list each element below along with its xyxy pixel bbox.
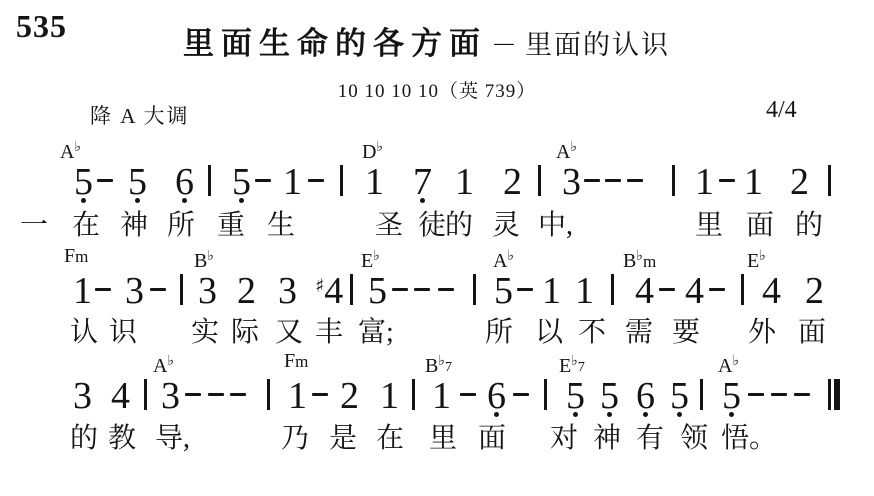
- duration-dash: [517, 288, 533, 291]
- barline: [412, 379, 415, 410]
- note: 2: [340, 377, 359, 415]
- lyric-char: 圣: [375, 210, 403, 242]
- note: 5: [722, 377, 741, 415]
- lyric-char: 生: [267, 210, 295, 242]
- note: 1: [380, 377, 399, 415]
- flat-icon: ♭: [207, 248, 214, 264]
- hymn-number: 535: [16, 8, 67, 45]
- note: 3: [161, 377, 180, 415]
- lyric-char: 所: [167, 210, 195, 242]
- flat-icon: ♭: [571, 353, 578, 369]
- note: 2: [503, 163, 522, 201]
- duration-dash: [308, 179, 324, 182]
- note: 5: [232, 163, 251, 201]
- lyric-char: 认: [70, 317, 98, 349]
- note: 1: [455, 163, 474, 201]
- note: 1: [575, 272, 594, 310]
- barline: [700, 379, 703, 410]
- duration-dash: [794, 393, 810, 396]
- lyric-char: 一: [20, 210, 48, 242]
- duration-dash: [659, 288, 675, 291]
- note: 5: [128, 163, 147, 201]
- lyric-char: 所: [485, 317, 513, 349]
- duration-dash: [97, 179, 113, 182]
- duration-dash: [605, 179, 621, 182]
- lyric-char: 以: [535, 317, 563, 349]
- lyric-char: 不: [578, 317, 606, 349]
- note: 4: [111, 377, 130, 415]
- note: 1: [73, 272, 92, 310]
- lyric-char: 的: [70, 423, 98, 455]
- note: 2: [237, 272, 256, 310]
- note: 5: [600, 377, 619, 415]
- chord-symbol: Fm: [64, 246, 88, 267]
- flat-icon: ♭: [636, 248, 643, 264]
- lyric-char: 教: [108, 423, 136, 455]
- lyric-char: 要: [672, 317, 700, 349]
- note: 3: [278, 272, 297, 310]
- flat-icon: ♭: [74, 139, 81, 155]
- chord-symbol: A♭: [556, 137, 577, 162]
- lyric-char: 对: [550, 423, 578, 455]
- barline: [828, 165, 831, 196]
- flat-icon: ♭: [373, 248, 380, 264]
- note: 5: [74, 163, 93, 201]
- note: 1: [365, 163, 384, 201]
- note: 6: [175, 163, 194, 201]
- lyric-char: 面: [746, 210, 774, 242]
- barline: [741, 274, 744, 305]
- lyric-char: 是: [329, 423, 357, 455]
- duration-dash: [414, 288, 430, 291]
- note: 6: [636, 377, 655, 415]
- note: 1: [695, 163, 714, 201]
- title-separator: －: [491, 31, 517, 60]
- note: 5: [670, 377, 689, 415]
- duration-dash: [584, 179, 600, 182]
- note: 1: [288, 377, 307, 415]
- duration-dash: [230, 393, 246, 396]
- chord-symbol: A♭: [493, 246, 514, 271]
- barline: [672, 165, 675, 196]
- note: 3: [562, 163, 581, 201]
- chord-symbol: E♭: [747, 246, 766, 271]
- lyric-char: 的: [445, 210, 473, 242]
- key-name: 降 A 大调: [90, 100, 190, 130]
- note: 3: [125, 272, 144, 310]
- note: 5: [566, 377, 585, 415]
- duration-dash: [312, 393, 328, 396]
- note: 7: [413, 163, 432, 201]
- duration-dash: [438, 288, 454, 291]
- sharp-icon: ♯: [315, 275, 324, 297]
- note: ♯4: [315, 272, 343, 310]
- lyric-char: 丰: [315, 317, 343, 349]
- lyric-char: 在: [72, 210, 100, 242]
- lyric-char: 神: [593, 423, 621, 455]
- note: 3: [198, 272, 217, 310]
- chord-symbol: B♭7: [425, 351, 452, 378]
- duration-dash: [255, 179, 271, 182]
- flat-icon: ♭: [570, 139, 577, 155]
- note: 6: [487, 377, 506, 415]
- hymn-subtitle: 里面的认识: [525, 30, 670, 60]
- hymn-title: 里面生命的各方面: [183, 26, 487, 61]
- hymn-sheet: 535 里面生命的各方面 － 里面的认识 10 10 10 10（英 739） …: [0, 0, 874, 496]
- barline: [350, 274, 353, 305]
- duration-dash: [513, 393, 529, 396]
- barline: [208, 165, 211, 196]
- lyric-char: 乃: [281, 423, 309, 455]
- lyric-char: 外: [748, 317, 776, 349]
- barline: [340, 165, 343, 196]
- lyric-char: 富;: [358, 317, 394, 349]
- barline: [267, 379, 270, 410]
- flat-icon: ♭: [759, 248, 766, 264]
- barline: [144, 379, 147, 410]
- note: 4: [635, 272, 654, 310]
- lyric-char: 中,: [538, 210, 573, 242]
- chord-symbol: B♭m: [623, 246, 656, 272]
- note: 4: [762, 272, 781, 310]
- duration-dash: [460, 393, 476, 396]
- note: 2: [805, 272, 824, 310]
- duration-dash: [709, 288, 725, 291]
- note: 1: [283, 163, 302, 201]
- lyric-char: 里: [429, 423, 457, 455]
- chord-symbol: E♭7: [559, 351, 585, 378]
- lyric-char: 灵: [492, 210, 520, 242]
- barline: [473, 274, 476, 305]
- note: 1: [542, 272, 561, 310]
- meter-line: 10 10 10 10（英 739）: [338, 76, 537, 103]
- lyric-char: 神: [120, 210, 148, 242]
- note: 5: [368, 272, 387, 310]
- duration-dash: [627, 179, 643, 182]
- duration-dash: [748, 393, 764, 396]
- duration-dash: [150, 288, 166, 291]
- flat-icon: ♭: [376, 139, 383, 155]
- lyric-char: 实: [191, 317, 219, 349]
- lyric-char: 在: [376, 423, 404, 455]
- lyric-char: 面: [798, 317, 826, 349]
- lyric-char: 的: [795, 210, 823, 242]
- lyric-char: 徒: [418, 210, 446, 242]
- lyric-char: 需: [625, 317, 653, 349]
- duration-dash: [208, 393, 224, 396]
- lyric-char: 面: [478, 423, 506, 455]
- flat-icon: ♭: [438, 353, 445, 369]
- lyric-char: 识: [109, 317, 137, 349]
- chord-symbol: Fm: [284, 351, 308, 372]
- barline: [180, 274, 183, 305]
- chord-symbol: A♭: [60, 137, 81, 162]
- chord-symbol: E♭: [361, 246, 380, 271]
- duration-dash: [392, 288, 408, 291]
- time-signature: 4/4: [766, 97, 797, 124]
- lyric-char: 又: [275, 317, 303, 349]
- barline: [611, 274, 614, 305]
- lyric-char: 重: [217, 210, 245, 242]
- chord-symbol: A♭: [718, 351, 739, 376]
- lyric-char: 悟。: [721, 423, 777, 455]
- chord-symbol: B♭: [194, 246, 214, 271]
- lyric-char: 里: [695, 210, 723, 242]
- note: 2: [790, 163, 809, 201]
- barline: [544, 379, 547, 410]
- flat-icon: ♭: [732, 353, 739, 369]
- flat-icon: ♭: [507, 248, 514, 264]
- duration-dash: [719, 179, 735, 182]
- note: 3: [73, 377, 92, 415]
- note: 1: [744, 163, 763, 201]
- final-barline: [828, 379, 840, 410]
- chord-symbol: A♭: [153, 351, 174, 376]
- duration-dash: [771, 393, 787, 396]
- flat-icon: ♭: [167, 353, 174, 369]
- lyric-char: 际: [231, 317, 259, 349]
- chord-symbol: D♭: [362, 137, 383, 162]
- note: 5: [494, 272, 513, 310]
- duration-dash: [185, 393, 201, 396]
- lyric-char: 领: [680, 423, 708, 455]
- note: 4: [685, 272, 704, 310]
- title-row: 里面生命的各方面 － 里面的认识: [183, 18, 670, 63]
- lyric-char: 导,: [155, 423, 190, 455]
- lyric-char: 有: [636, 423, 664, 455]
- duration-dash: [95, 288, 111, 291]
- barline: [538, 165, 541, 196]
- note: 1: [432, 377, 451, 415]
